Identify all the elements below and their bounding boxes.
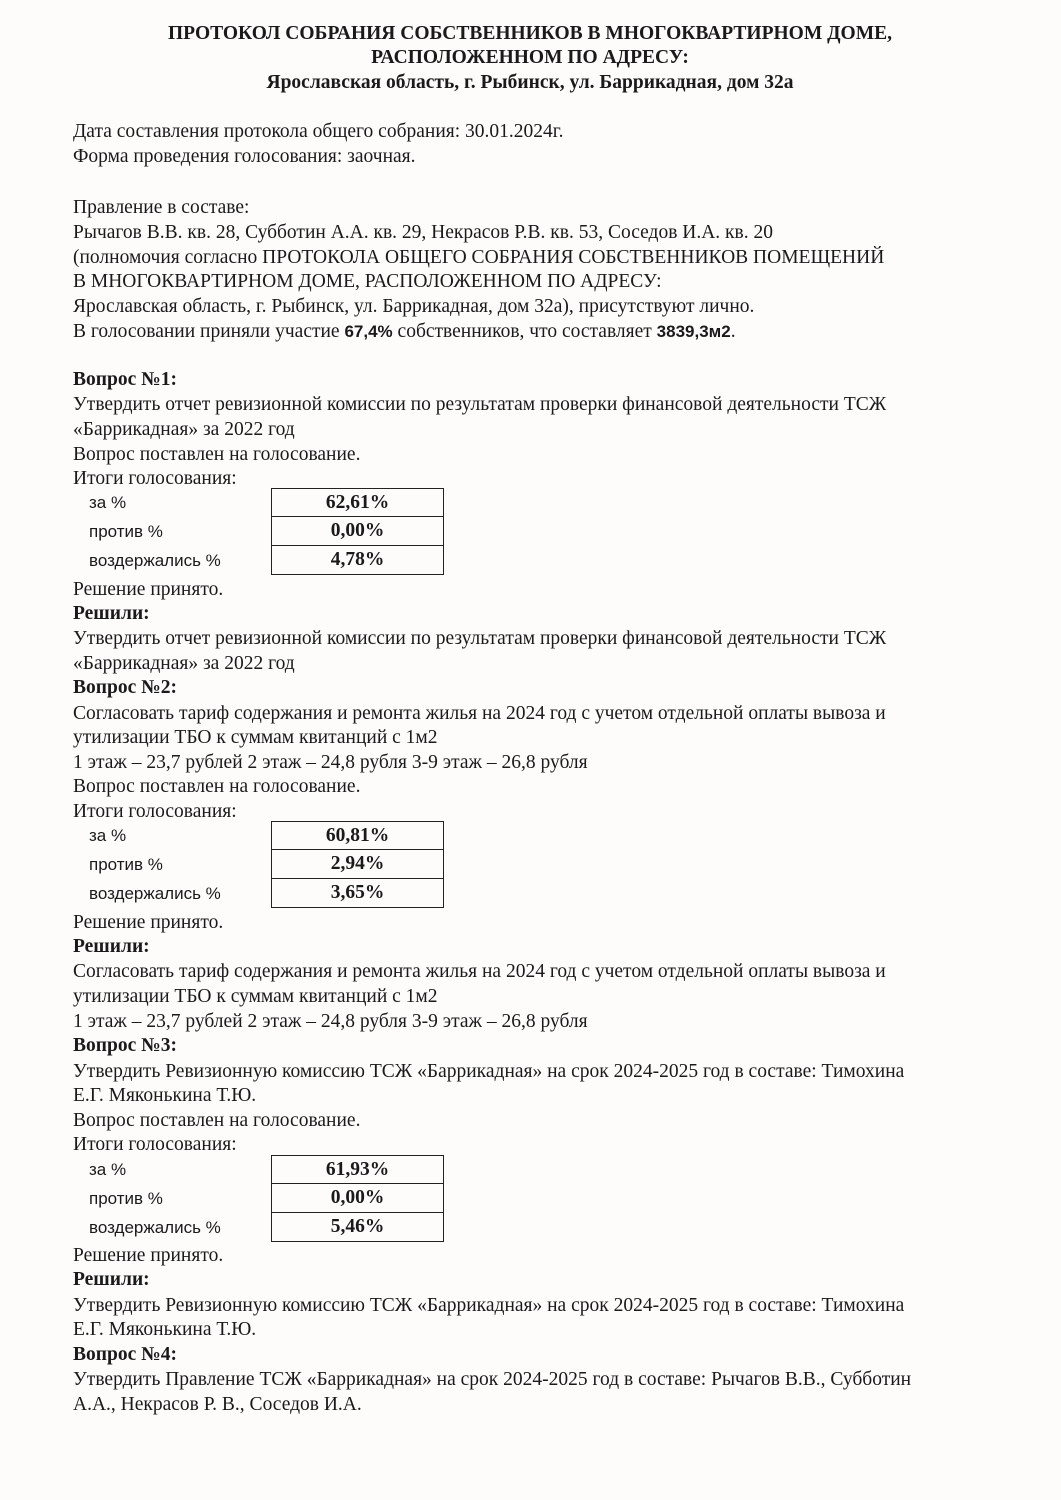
vote-value: 61,93% [271,1155,444,1184]
decision-text: Согласовать тариф содержания и ремонта ж… [73,960,886,985]
decided-heading: Решили: [73,1268,150,1293]
accepted-text: Решение принято. [73,911,223,936]
vote-label: за % [89,825,126,847]
question-text: Согласовать тариф содержания и ремонта ж… [73,702,886,727]
vote-value: 2,94% [271,850,444,879]
vote-label: воздержались % [89,883,221,905]
decision-text: Е.Г. Мяконькина Т.Ю. [73,1318,256,1343]
participation-area: 3839,3м2 [657,322,731,341]
vote-label: против % [89,1188,163,1210]
vote-row-against: против %2,94% [73,850,453,879]
decision-text: «Баррикадная» за 2022 год [73,652,295,677]
question-text: «Баррикадная» за 2022 год [73,418,295,443]
vote-value: 60,81% [271,821,444,850]
authority-line: Ярославская область, г. Рыбинск, ул. Бар… [73,295,754,320]
results-heading: Итоги голосования: [73,1133,237,1158]
put-to-vote: Вопрос поставлен на голосование. [73,443,360,468]
votes-table: за %61,93% против %0,00% воздержались %5… [73,1155,453,1242]
question-text: Утвердить отчет ревизионной комиссии по … [73,393,886,418]
question-text: утилизации ТБО к суммам квитанций с 1м2 [73,726,438,751]
decided-heading: Решили: [73,935,150,960]
vote-value: 4,78% [271,546,444,575]
vote-value: 5,46% [271,1213,444,1242]
authority-line: В МНОГОКВАРТИРНОМ ДОМЕ, РАСПОЛОЖЕННОМ ПО… [73,270,662,295]
question-text: Утвердить Ревизионную комиссию ТСЖ «Барр… [73,1060,904,1085]
participation-suffix: . [731,321,736,342]
votes-table: за %60,81% против %2,94% воздержались %3… [73,821,453,908]
vote-row-against: против %0,00% [73,517,453,546]
participation-percent: 67,4% [344,322,392,341]
vote-row-for: за %62,61% [73,488,453,517]
question-heading: Вопрос №2: [73,676,177,701]
put-to-vote: Вопрос поставлен на голосование. [73,775,360,800]
vote-value: 0,00% [271,1184,444,1213]
participation-line: В голосовании приняли участие 67,4% собс… [73,320,736,345]
decision-text: 1 этаж – 23,7 рублей 2 этаж – 24,8 рубля… [73,1010,588,1035]
vote-value: 0,00% [271,517,444,546]
question-text: Е.Г. Мяконькина Т.Ю. [73,1084,256,1109]
question-text: 1 этаж – 23,7 рублей 2 этаж – 24,8 рубля… [73,751,588,776]
question-heading: Вопрос №4: [73,1343,177,1368]
board-heading: Правление в составе: [73,196,249,221]
date-line: Дата составления протокола общего собран… [73,120,563,145]
vote-row-abstained: воздержались %4,78% [73,546,453,575]
vote-row-abstained: воздержались %5,46% [73,1213,453,1242]
document-title-line1: ПРОТОКОЛ СОБРАНИЯ СОБСТВЕННИКОВ В МНОГОК… [100,22,960,46]
vote-row-for: за %60,81% [73,821,453,850]
decision-text: Утвердить Ревизионную комиссию ТСЖ «Барр… [73,1294,904,1319]
vote-label: за % [89,492,126,514]
put-to-vote: Вопрос поставлен на голосование. [73,1109,360,1134]
vote-value: 3,65% [271,879,444,908]
vote-row-abstained: воздержались %3,65% [73,879,453,908]
decided-heading: Решили: [73,602,150,627]
vote-label: за % [89,1159,126,1181]
question-heading: Вопрос №3: [73,1034,177,1059]
vote-label: против % [89,521,163,543]
vote-label: воздержались % [89,1217,221,1239]
vote-value: 62,61% [271,488,444,517]
participation-middle: собственников, что составляет [393,321,657,342]
question-heading: Вопрос №1: [73,368,177,393]
document-title-line2: РАСПОЛОЖЕННОМ ПО АДРЕСУ: [100,46,960,70]
vote-label: воздержались % [89,550,221,572]
vote-row-against: против %0,00% [73,1184,453,1213]
vote-label: против % [89,854,163,876]
document-address: Ярославская область, г. Рыбинск, ул. Бар… [100,71,960,95]
decision-text: утилизации ТБО к суммам квитанций с 1м2 [73,985,438,1010]
decision-text: Утвердить отчет ревизионной комиссии по … [73,627,886,652]
question-text: Утвердить Правление ТСЖ «Баррикадная» на… [73,1368,911,1393]
form-line: Форма проведения голосования: заочная. [73,145,416,170]
participation-prefix: В голосовании приняли участие [73,321,344,342]
authority-line: (полномочия согласно ПРОТОКОЛА ОБЩЕГО СО… [73,246,884,271]
vote-row-for: за %61,93% [73,1155,453,1184]
votes-table: за %62,61% против %0,00% воздержались %4… [73,488,453,575]
question-text: А.А., Некрасов Р. В., Соседов И.А. [73,1393,362,1418]
board-members: Рычагов В.В. кв. 28, Субботин А.А. кв. 2… [73,221,773,246]
accepted-text: Решение принято. [73,1244,223,1269]
accepted-text: Решение принято. [73,578,223,603]
